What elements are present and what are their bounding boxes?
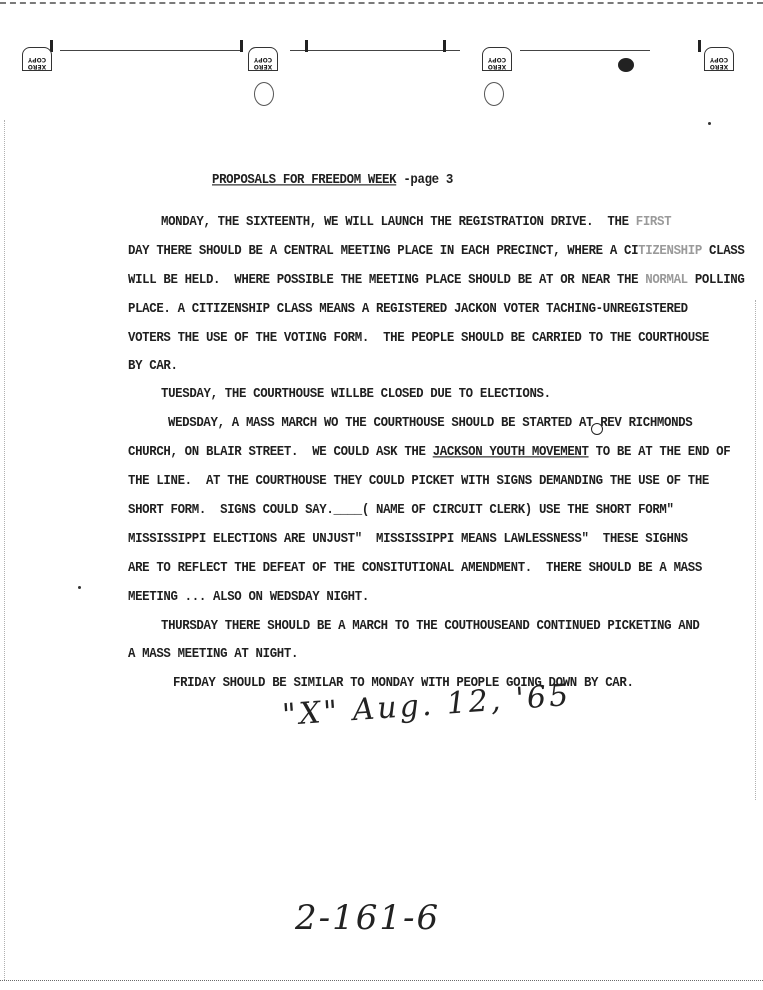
body-line: BY CAR. — [128, 358, 178, 374]
underlined-phrase: JACKSON YOUTH MOVEMENT — [433, 444, 589, 460]
body-line: DAY THERE SHOULD BE A CENTRAL MEETING PL… — [128, 243, 744, 259]
text: POLLING — [688, 272, 745, 288]
text: WILL BE HELD. WHERE POSSIBLE THE MEETING… — [128, 272, 645, 288]
text: TO BE AT THE END OF — [589, 444, 731, 460]
xero-copy-stamp: XERO COPY — [248, 47, 278, 71]
text: DAY THERE SHOULD BE A CENTRAL MEETING PL… — [128, 243, 638, 259]
body-line: MEETING ... ALSO ON WEDSDAY NIGHT. — [128, 589, 369, 605]
page-right-edge — [755, 300, 756, 800]
faded-text: FIRST — [636, 214, 671, 230]
speck — [78, 586, 81, 589]
speck — [708, 122, 711, 125]
faded-text: TIZENSHIP — [638, 243, 702, 259]
body-line: WEDSDAY, A MASS MARCH WO THE COURTHOUSE … — [168, 415, 692, 431]
body-line: CHURCH, ON BLAIR STREET. WE COULD ASK TH… — [128, 444, 730, 460]
page-top-edge — [0, 2, 763, 4]
punch-hole — [254, 82, 274, 106]
body-line: A MASS MEETING AT NIGHT. — [128, 646, 298, 662]
body-line: MISSISSIPPI ELECTIONS ARE UNJUST" MISSIS… — [128, 531, 688, 547]
faded-text: NORMAL — [645, 272, 688, 288]
body-line: ARE TO REFLECT THE DEFEAT OF THE CONSITU… — [128, 560, 702, 576]
xero-copy-stamp: XERO COPY — [482, 47, 512, 71]
page-number: -page 3 — [396, 172, 453, 188]
body-line: PLACE. A CITIZENSHIP CLASS MEANS A REGIS… — [128, 301, 688, 317]
page-title-line: PROPOSALS FOR FREEDOM WEEK -page 3 — [212, 172, 453, 188]
xero-copy-stamp: XERO COPY — [704, 47, 734, 71]
document-title: PROPOSALS FOR FREEDOM WEEK — [212, 172, 396, 188]
body-line: VOTERS THE USE OF THE VOTING FORM. THE P… — [128, 330, 709, 346]
page-bottom-edge — [0, 980, 763, 981]
body-line: THURSDAY THERE SHOULD BE A MARCH TO THE … — [161, 618, 700, 634]
binder-line — [60, 50, 240, 51]
tab-mark — [240, 40, 243, 52]
binder-line — [520, 50, 650, 51]
tab-mark — [305, 40, 308, 52]
punch-hole — [484, 82, 504, 106]
body-line: SHORT FORM. SIGNS COULD SAY.____( NAME O… — [128, 502, 674, 518]
text: CLASS — [702, 243, 745, 259]
xero-copy-stamp: XERO COPY — [22, 47, 52, 71]
tab-mark — [443, 40, 446, 52]
binder-line — [290, 50, 460, 51]
page-left-edge — [4, 120, 5, 980]
tab-mark — [698, 40, 701, 52]
body-line: TUESDAY, THE COURTHOUSE WILLBE CLOSED DU… — [161, 386, 551, 402]
body-line: WILL BE HELD. WHERE POSSIBLE THE MEETING… — [128, 272, 744, 288]
body-line: THE LINE. AT THE COURTHOUSE THEY COULD P… — [128, 473, 709, 489]
body-line: MONDAY, THE SIXTEENTH, WE WILL LAUNCH TH… — [161, 214, 671, 230]
text: MONDAY, THE SIXTEENTH, WE WILL LAUNCH TH… — [161, 214, 636, 230]
handwritten-circle-mark — [591, 423, 603, 435]
text: CHURCH, ON BLAIR STREET. WE COULD ASK TH… — [128, 444, 433, 460]
handwritten-file-number: 2-161-6 — [295, 898, 440, 938]
ink-blot — [618, 58, 634, 72]
